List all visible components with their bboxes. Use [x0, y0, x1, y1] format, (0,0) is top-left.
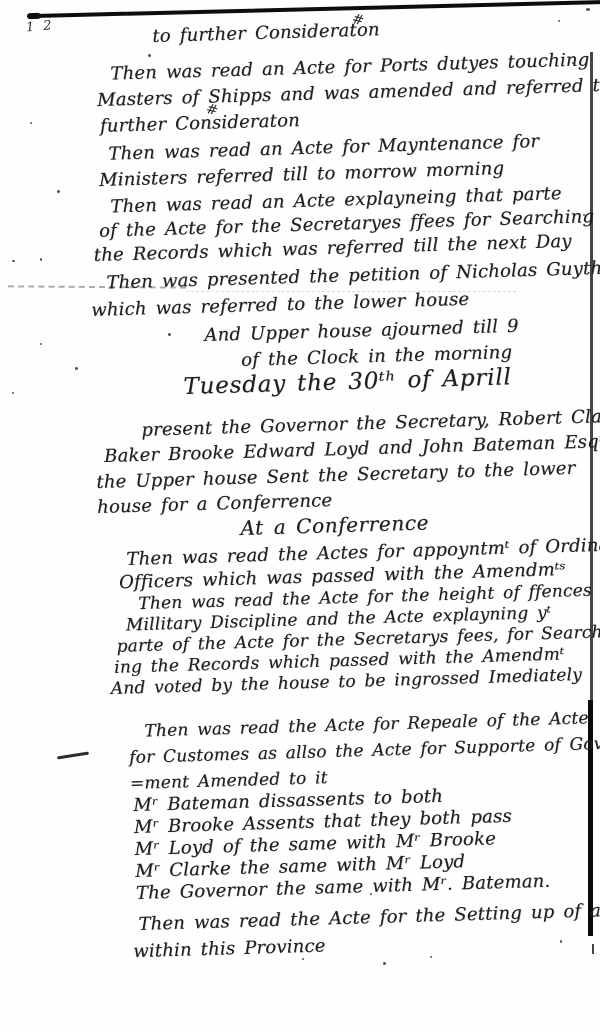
paragraph-secretaries-fees: Then was read an Acte explayneing that p… [92, 181, 595, 268]
ink-speck [583, 214, 585, 216]
ink-speck [12, 260, 15, 262]
ink-speck [12, 392, 14, 394]
manuscript-line: to further Consideraton [152, 19, 380, 47]
ink-speck [383, 962, 386, 965]
manuscript-page: 12 # # to further Consideraton Then was … [0, 0, 600, 1032]
ink-speck [370, 893, 372, 895]
ink-speck [40, 343, 42, 345]
margin-dash-mark [57, 752, 89, 760]
ink-speck [430, 956, 432, 958]
manuscript-line: At a Conferrence [240, 510, 429, 540]
ink-speck [148, 54, 151, 57]
ink-speck [57, 190, 60, 193]
ink-speck [586, 8, 590, 11]
paragraph-fences-discipline: Then was read the Acte for the height of… [108, 580, 600, 700]
paragraph-mint-act: Then was read the Acte for the Setting u… [138, 896, 600, 965]
paragraph-ports-duties: Then was read an Acte for Ports dutyes t… [96, 47, 600, 140]
ink-speck [30, 122, 32, 124]
ink-speck [40, 258, 42, 261]
page-number: 12 [25, 18, 61, 36]
ink-speck [302, 958, 304, 960]
ink-speck [558, 20, 560, 22]
catchline: to further Consideraton [152, 19, 380, 47]
ink-speck [572, 62, 574, 64]
vote-list: Mʳ Bateman dissassents to both Mʳ Brooke… [133, 783, 551, 905]
ink-speck [75, 367, 78, 370]
conference-heading: At a Conferrence [240, 510, 429, 540]
scan-edge-top [33, 0, 600, 18]
ink-speck [560, 940, 562, 943]
ink-speck [168, 333, 171, 336]
